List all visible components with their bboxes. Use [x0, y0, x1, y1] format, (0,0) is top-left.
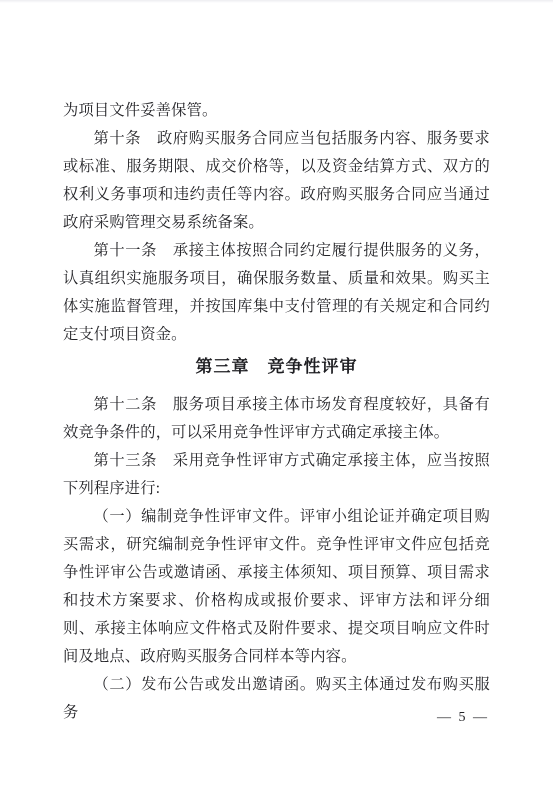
paragraph-article-11: 第十一条 承接主体按照合同约定履行提供服务的义务，认真组织实施服务项目，确保服务…: [63, 237, 490, 349]
scan-edge-artifact: [0, 0, 553, 3]
document-page: 为项目文件妥善保管。 第十条 政府购买服务合同应当包括服务内容、服务要求或标准、…: [0, 0, 553, 786]
paragraph-article-12: 第十二条 服务项目承接主体市场发育程度较好，具备有效竞争条件的，可以采用竞争性评…: [63, 391, 490, 447]
document-content: 为项目文件妥善保管。 第十条 政府购买服务合同应当包括服务内容、服务要求或标准、…: [63, 97, 490, 727]
paragraph-item-1: （一）编制竞争性评审文件。评审小组论证并确定项目购买需求，研究编制竞争性评审文件…: [63, 503, 490, 671]
chapter-heading: 第三章 竞争性评审: [63, 353, 490, 381]
paragraph-item-2: （二）发布公告或发出邀请函。购买主体通过发布购买服务: [63, 671, 490, 727]
paragraph-article-13: 第十三条 采用竞争性评审方式确定承接主体，应当按照下列程序进行:: [63, 447, 490, 503]
paragraph-article-10: 第十条 政府购买服务合同应当包括服务内容、服务要求或标准、服务期限、成交价格等，…: [63, 125, 490, 237]
paragraph: 为项目文件妥善保管。: [63, 97, 490, 125]
page-number: — 5 —: [437, 708, 489, 728]
